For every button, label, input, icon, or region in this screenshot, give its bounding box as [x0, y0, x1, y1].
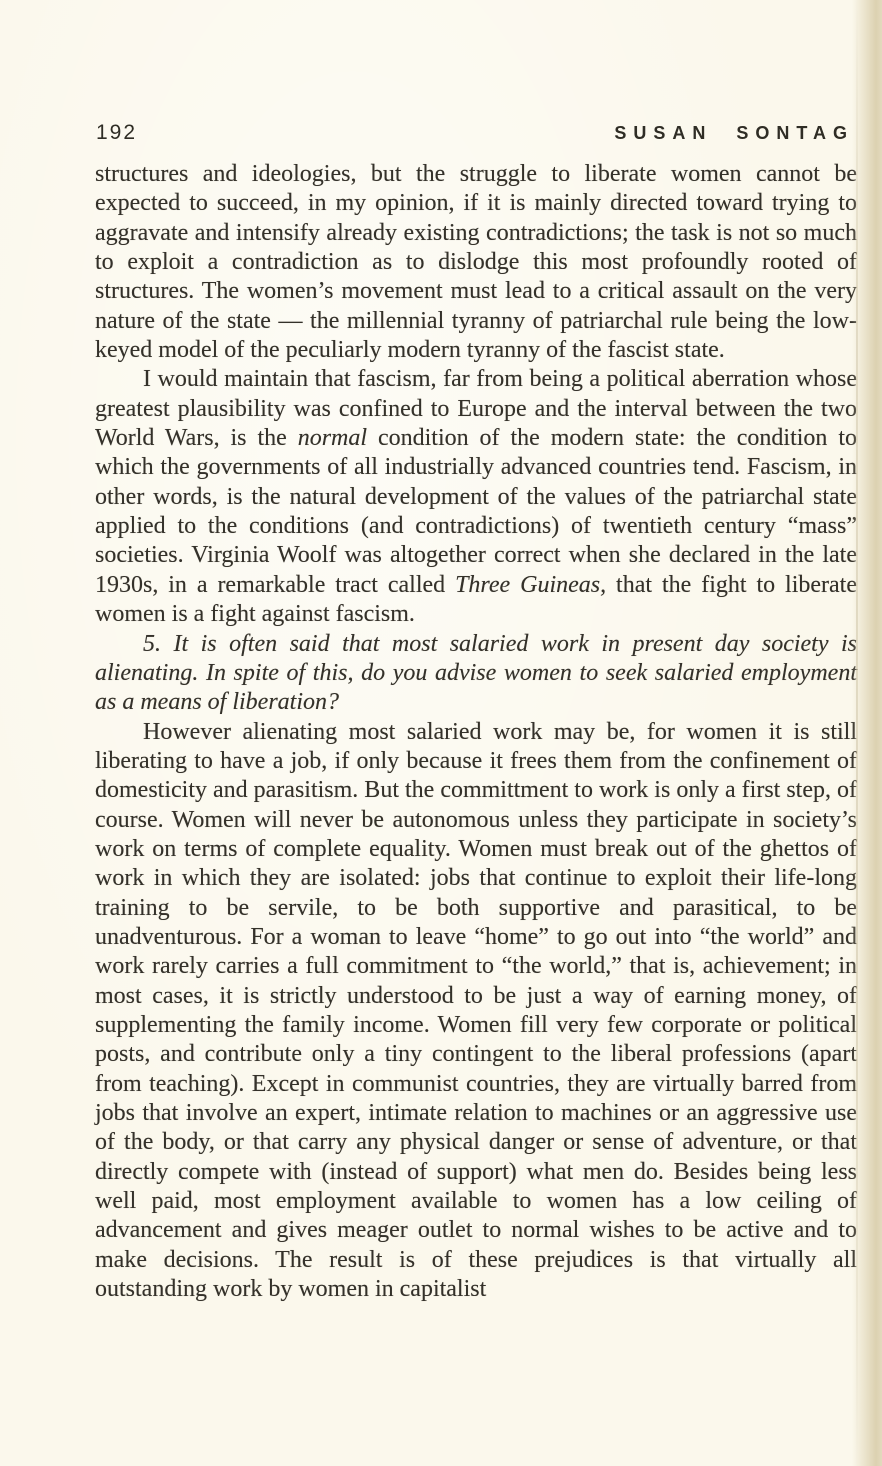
text-segment: 5. It is often said that most salaried w… [95, 631, 857, 716]
page-edge-shadow [852, 0, 882, 1466]
paragraph: 5. It is often said that most salaried w… [95, 630, 857, 718]
text-segment: structures and ideologies, but the strug… [95, 161, 857, 363]
italic-text-segment: normal [298, 425, 367, 451]
running-title: SUSAN SONTAG [614, 123, 854, 144]
page-number: 192 [96, 121, 137, 145]
text-segment: However alienating most salaried work ma… [95, 719, 857, 1303]
book-page-scan: 192 SUSAN SONTAG structures and ideologi… [0, 0, 882, 1466]
italic-text-segment: Three Guineas, [455, 572, 606, 598]
paragraph: structures and ideologies, but the strug… [95, 160, 857, 365]
body-text: structures and ideologies, but the strug… [95, 160, 857, 1304]
paragraph: However alienating most salaried work ma… [95, 718, 857, 1305]
paragraph: I would maintain that fascism, far from … [95, 365, 857, 629]
page-header: 192 SUSAN SONTAG [96, 121, 854, 145]
